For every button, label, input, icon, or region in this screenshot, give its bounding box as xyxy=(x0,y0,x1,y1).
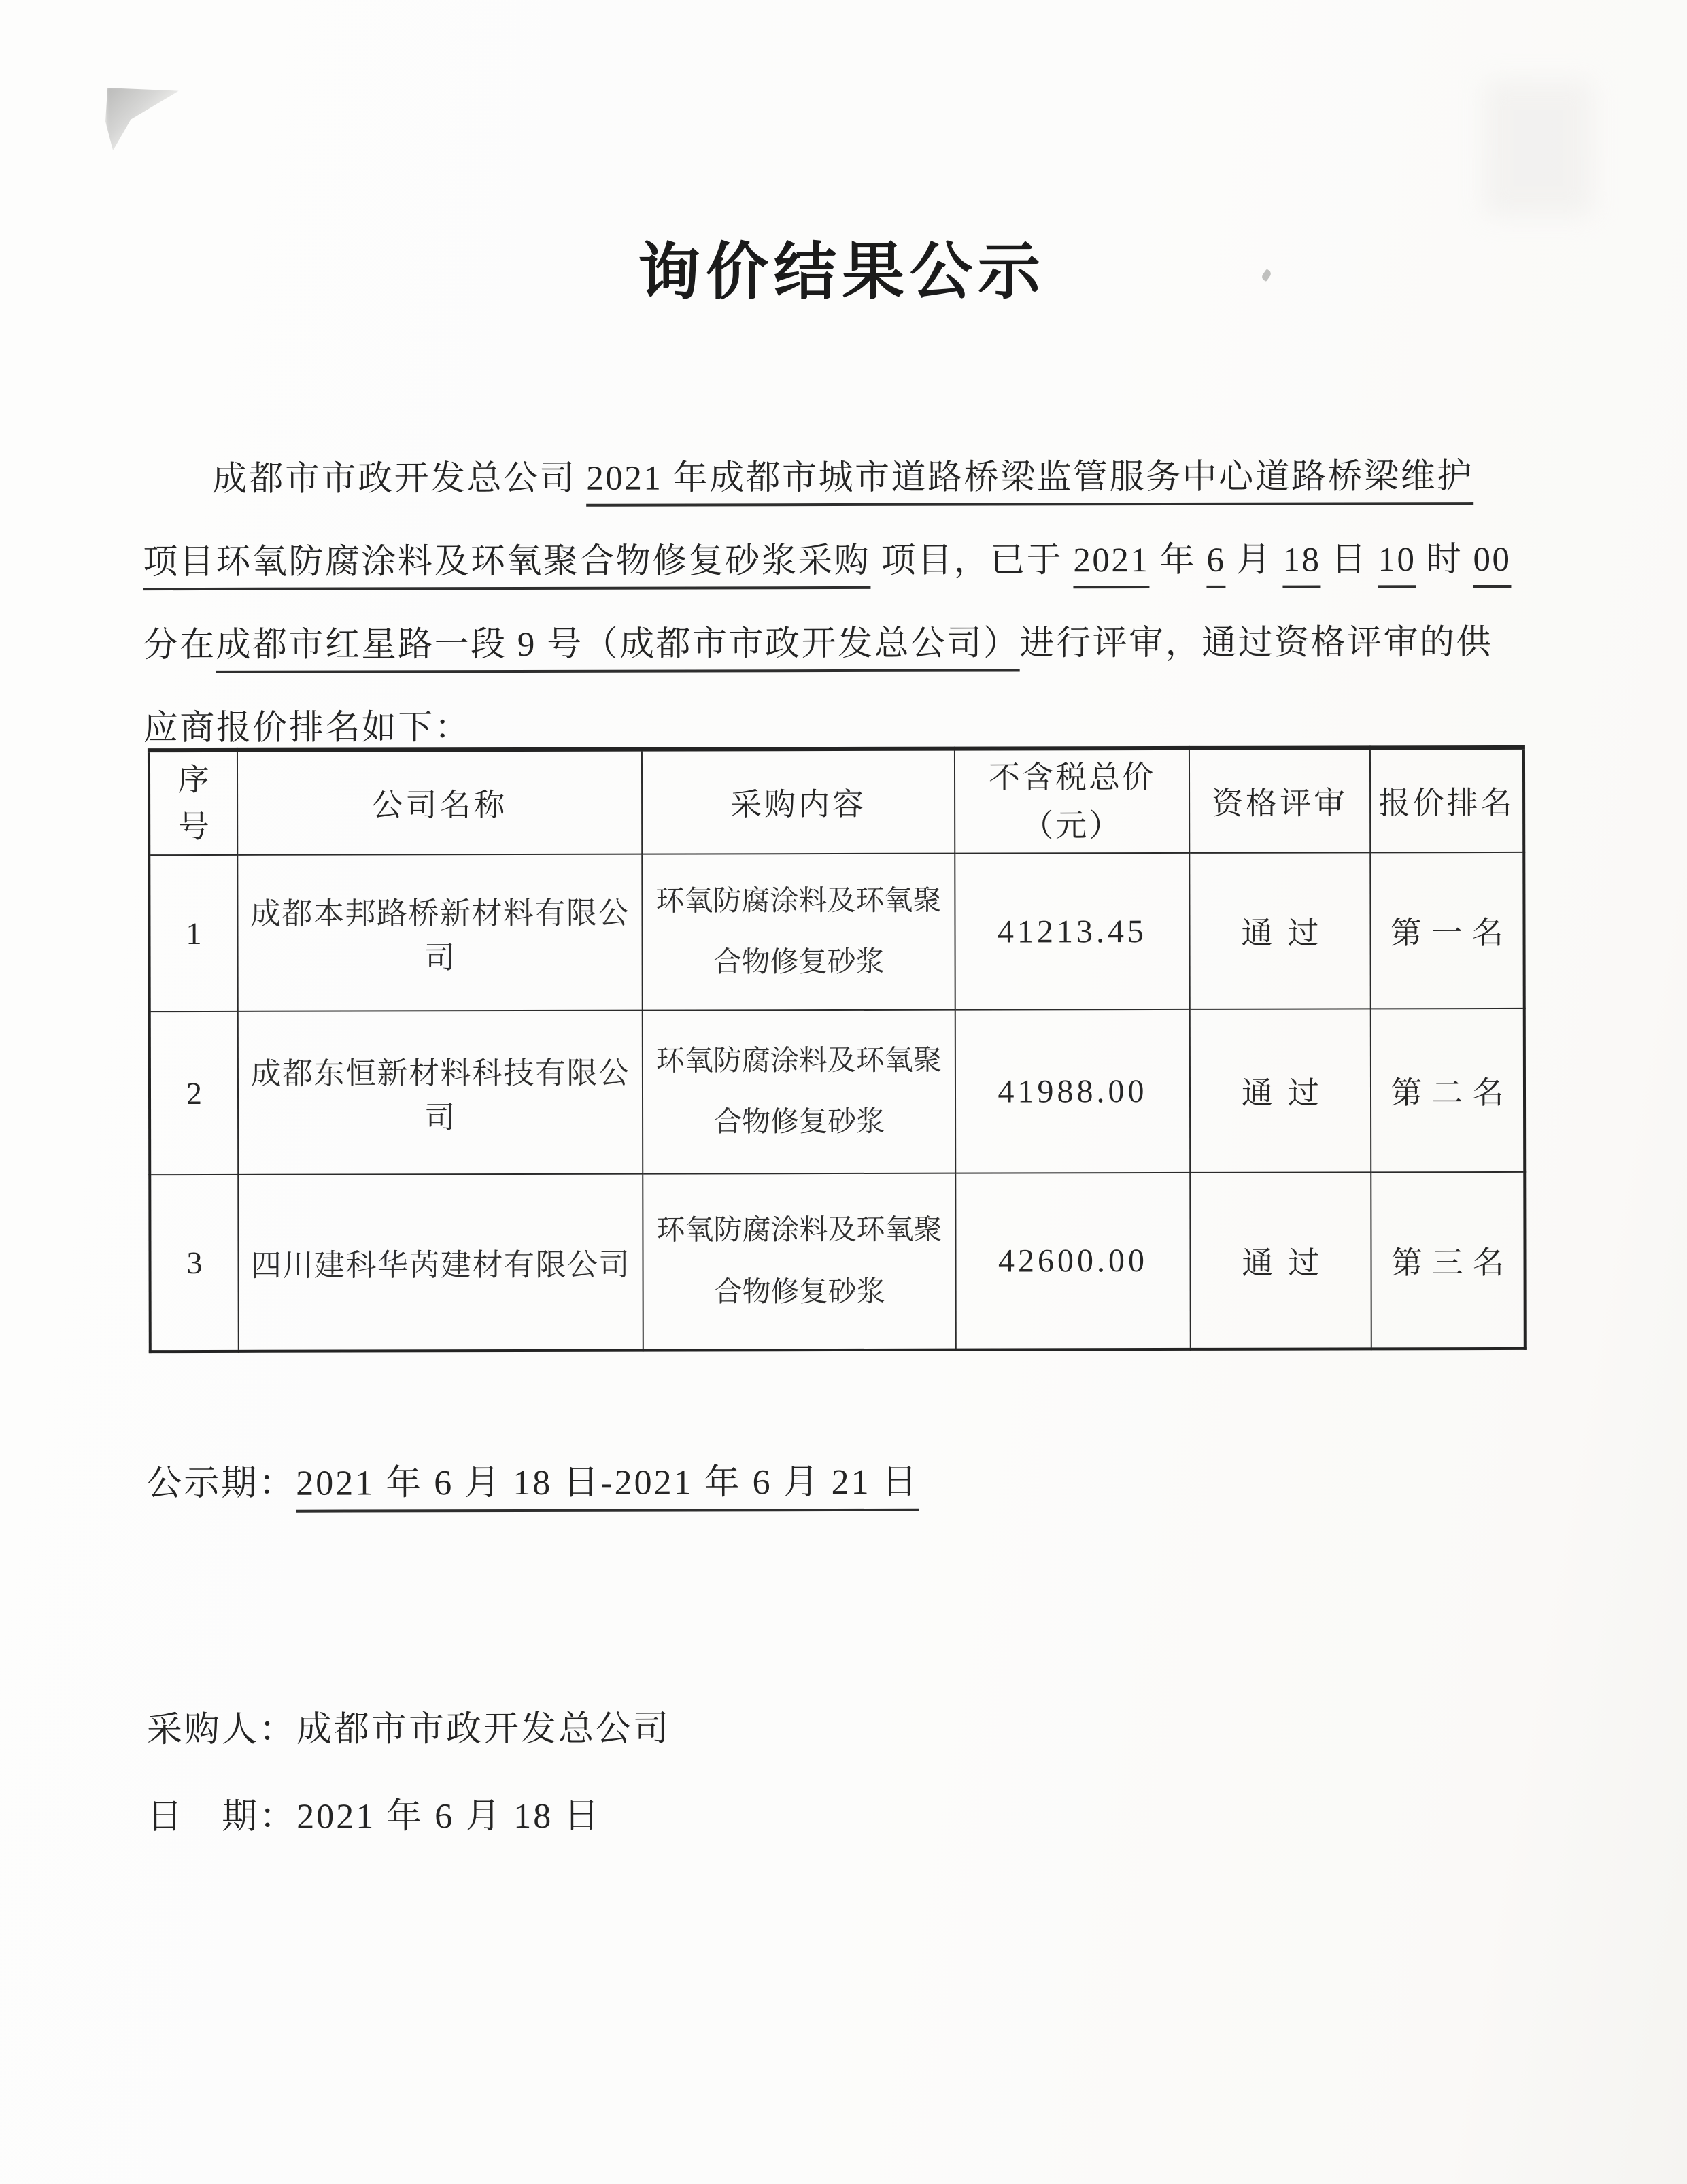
text-segment: 10 xyxy=(1378,541,1416,588)
text-segment: 6 xyxy=(1206,541,1225,588)
date-value: 2021 年 6 月 18 日 xyxy=(296,1797,601,1836)
text-segment: 成都市红星路一段 9 号（成都市市政开发总公司） xyxy=(216,624,1020,673)
table-row-2: 2 成都东恒新材料科技有限公司 环氧防腐涂料及环氧聚合物修复砂浆 41988.0… xyxy=(150,1009,1524,1175)
text-segment: 时 xyxy=(1416,541,1473,579)
table-header-row: 序号 公司名称 采购内容 不含税总价 （元） 资格评审 报价排名 xyxy=(149,747,1524,855)
cell-rank: 第一名 xyxy=(1370,852,1524,1009)
col-header-price-line1: 不含税总价 xyxy=(955,753,1189,802)
notice-period-label: 公示期： xyxy=(146,1464,296,1503)
intro-line-3: 分在成都市红星路一段 9 号（成都市市政开发总公司）进行评审，通过资格评审的供 xyxy=(143,601,1561,687)
col-header-content: 采购内容 xyxy=(642,749,955,854)
text-segment: 18 xyxy=(1282,541,1320,588)
cell-rank: 第二名 xyxy=(1371,1009,1525,1172)
intro-line-2: 项目环氧防腐涂料及环氧聚合物修复砂浆采购 项目，已于 2021 年 6 月 18… xyxy=(143,518,1561,604)
col-header-price: 不含税总价 （元） xyxy=(955,748,1189,854)
text-segment: 日 xyxy=(1320,541,1378,579)
notice-period-line: 公示期：2021 年 6 月 18 日-2021 年 6 月 21 日 xyxy=(146,1453,919,1505)
cell-content: 环氧防腐涂料及环氧聚合物修复砂浆 xyxy=(642,854,955,1011)
cell-company: 成都本邦路桥新材料有限公司 xyxy=(237,854,642,1011)
purchaser-line: 采购人：成都市市政开发总公司 xyxy=(147,1700,670,1752)
cell-rank: 第三名 xyxy=(1371,1172,1525,1349)
page-title: 询价结果公示 xyxy=(0,220,1686,313)
date-label: 日 期： xyxy=(147,1798,296,1836)
col-header-no: 序号 xyxy=(149,750,237,855)
cell-qualification: 通过 xyxy=(1190,1172,1371,1349)
cell-company: 四川建科华芮建材有限公司 xyxy=(238,1174,643,1351)
cell-content: 环氧防腐涂料及环氧聚合物修复砂浆 xyxy=(643,1173,956,1351)
table-row-3: 3 四川建科华芮建材有限公司 环氧防腐涂料及环氧聚合物修复砂浆 42600.00… xyxy=(150,1172,1525,1351)
text-segment: 月 xyxy=(1225,541,1282,579)
date-line: 日 期：2021 年 6 月 18 日 xyxy=(147,1787,601,1838)
cell-price: 42600.00 xyxy=(955,1173,1191,1350)
text-segment: 年 xyxy=(1149,541,1206,579)
col-header-price-line2: （元） xyxy=(955,801,1189,850)
text-segment: 项目环氧防腐涂料及环氧聚合物修复砂浆采购 xyxy=(143,542,870,590)
intro-paragraph: 成都市市政开发总公司 2021 年成都市城市道路桥梁监管服务中心道路桥梁维护 项… xyxy=(143,435,1561,770)
text-segment: 项目，已于 xyxy=(870,541,1073,580)
intro-line-1: 成都市市政开发总公司 2021 年成都市城市道路桥梁监管服务中心道路桥梁维护 xyxy=(143,435,1561,521)
col-header-rank: 报价排名 xyxy=(1370,747,1524,852)
cell-content: 环氧防腐涂料及环氧聚合物修复砂浆 xyxy=(643,1010,956,1174)
cell-qualification: 通过 xyxy=(1190,1009,1371,1173)
cell-company: 成都东恒新材料科技有限公司 xyxy=(238,1011,643,1175)
text-segment: 2021 年成都市城市道路桥梁监管服务中心道路桥梁维护 xyxy=(586,458,1473,507)
cell-price: 41988.00 xyxy=(955,1009,1191,1173)
scan-artifact-shading xyxy=(1484,80,1592,216)
text-segment: 进行评审，通过资格评审的供 xyxy=(1020,624,1493,662)
text-segment: 2021 xyxy=(1073,541,1149,588)
cell-qualification: 通过 xyxy=(1189,852,1370,1009)
text-segment: 分在 xyxy=(143,626,216,665)
document-content: 询价结果公示 成都市市政开发总公司 2021 年成都市城市道路桥梁监管服务中心道… xyxy=(0,0,1687,2184)
cell-no: 2 xyxy=(150,1011,239,1175)
cell-no: 1 xyxy=(149,855,237,1011)
table-row-1: 1 成都本邦路桥新材料有限公司 环氧防腐涂料及环氧聚合物修复砂浆 41213.4… xyxy=(149,852,1524,1011)
purchaser-label: 采购人： xyxy=(147,1711,296,1749)
text-segment: 成都市市政开发总公司 xyxy=(212,460,586,499)
scan-artifact-corner xyxy=(105,86,180,150)
text-segment: 应商报价排名如下： xyxy=(143,709,471,747)
scanned-document-page: 询价结果公示 成都市市政开发总公司 2021 年成都市城市道路桥梁监管服务中心道… xyxy=(0,0,1687,2184)
col-header-company: 公司名称 xyxy=(237,750,642,855)
notice-period-value: 2021 年 6 月 18 日-2021 年 6 月 21 日 xyxy=(296,1463,919,1513)
bid-ranking-table: 序号 公司名称 采购内容 不含税总价 （元） 资格评审 报价排名 1 成都本邦路… xyxy=(148,745,1527,1353)
purchaser-value: 成都市市政开发总公司 xyxy=(296,1710,670,1749)
cell-price: 41213.45 xyxy=(955,853,1189,1010)
col-header-qualification: 资格评审 xyxy=(1189,747,1370,853)
text-segment: 00 xyxy=(1473,541,1511,588)
cell-no: 3 xyxy=(150,1175,239,1351)
